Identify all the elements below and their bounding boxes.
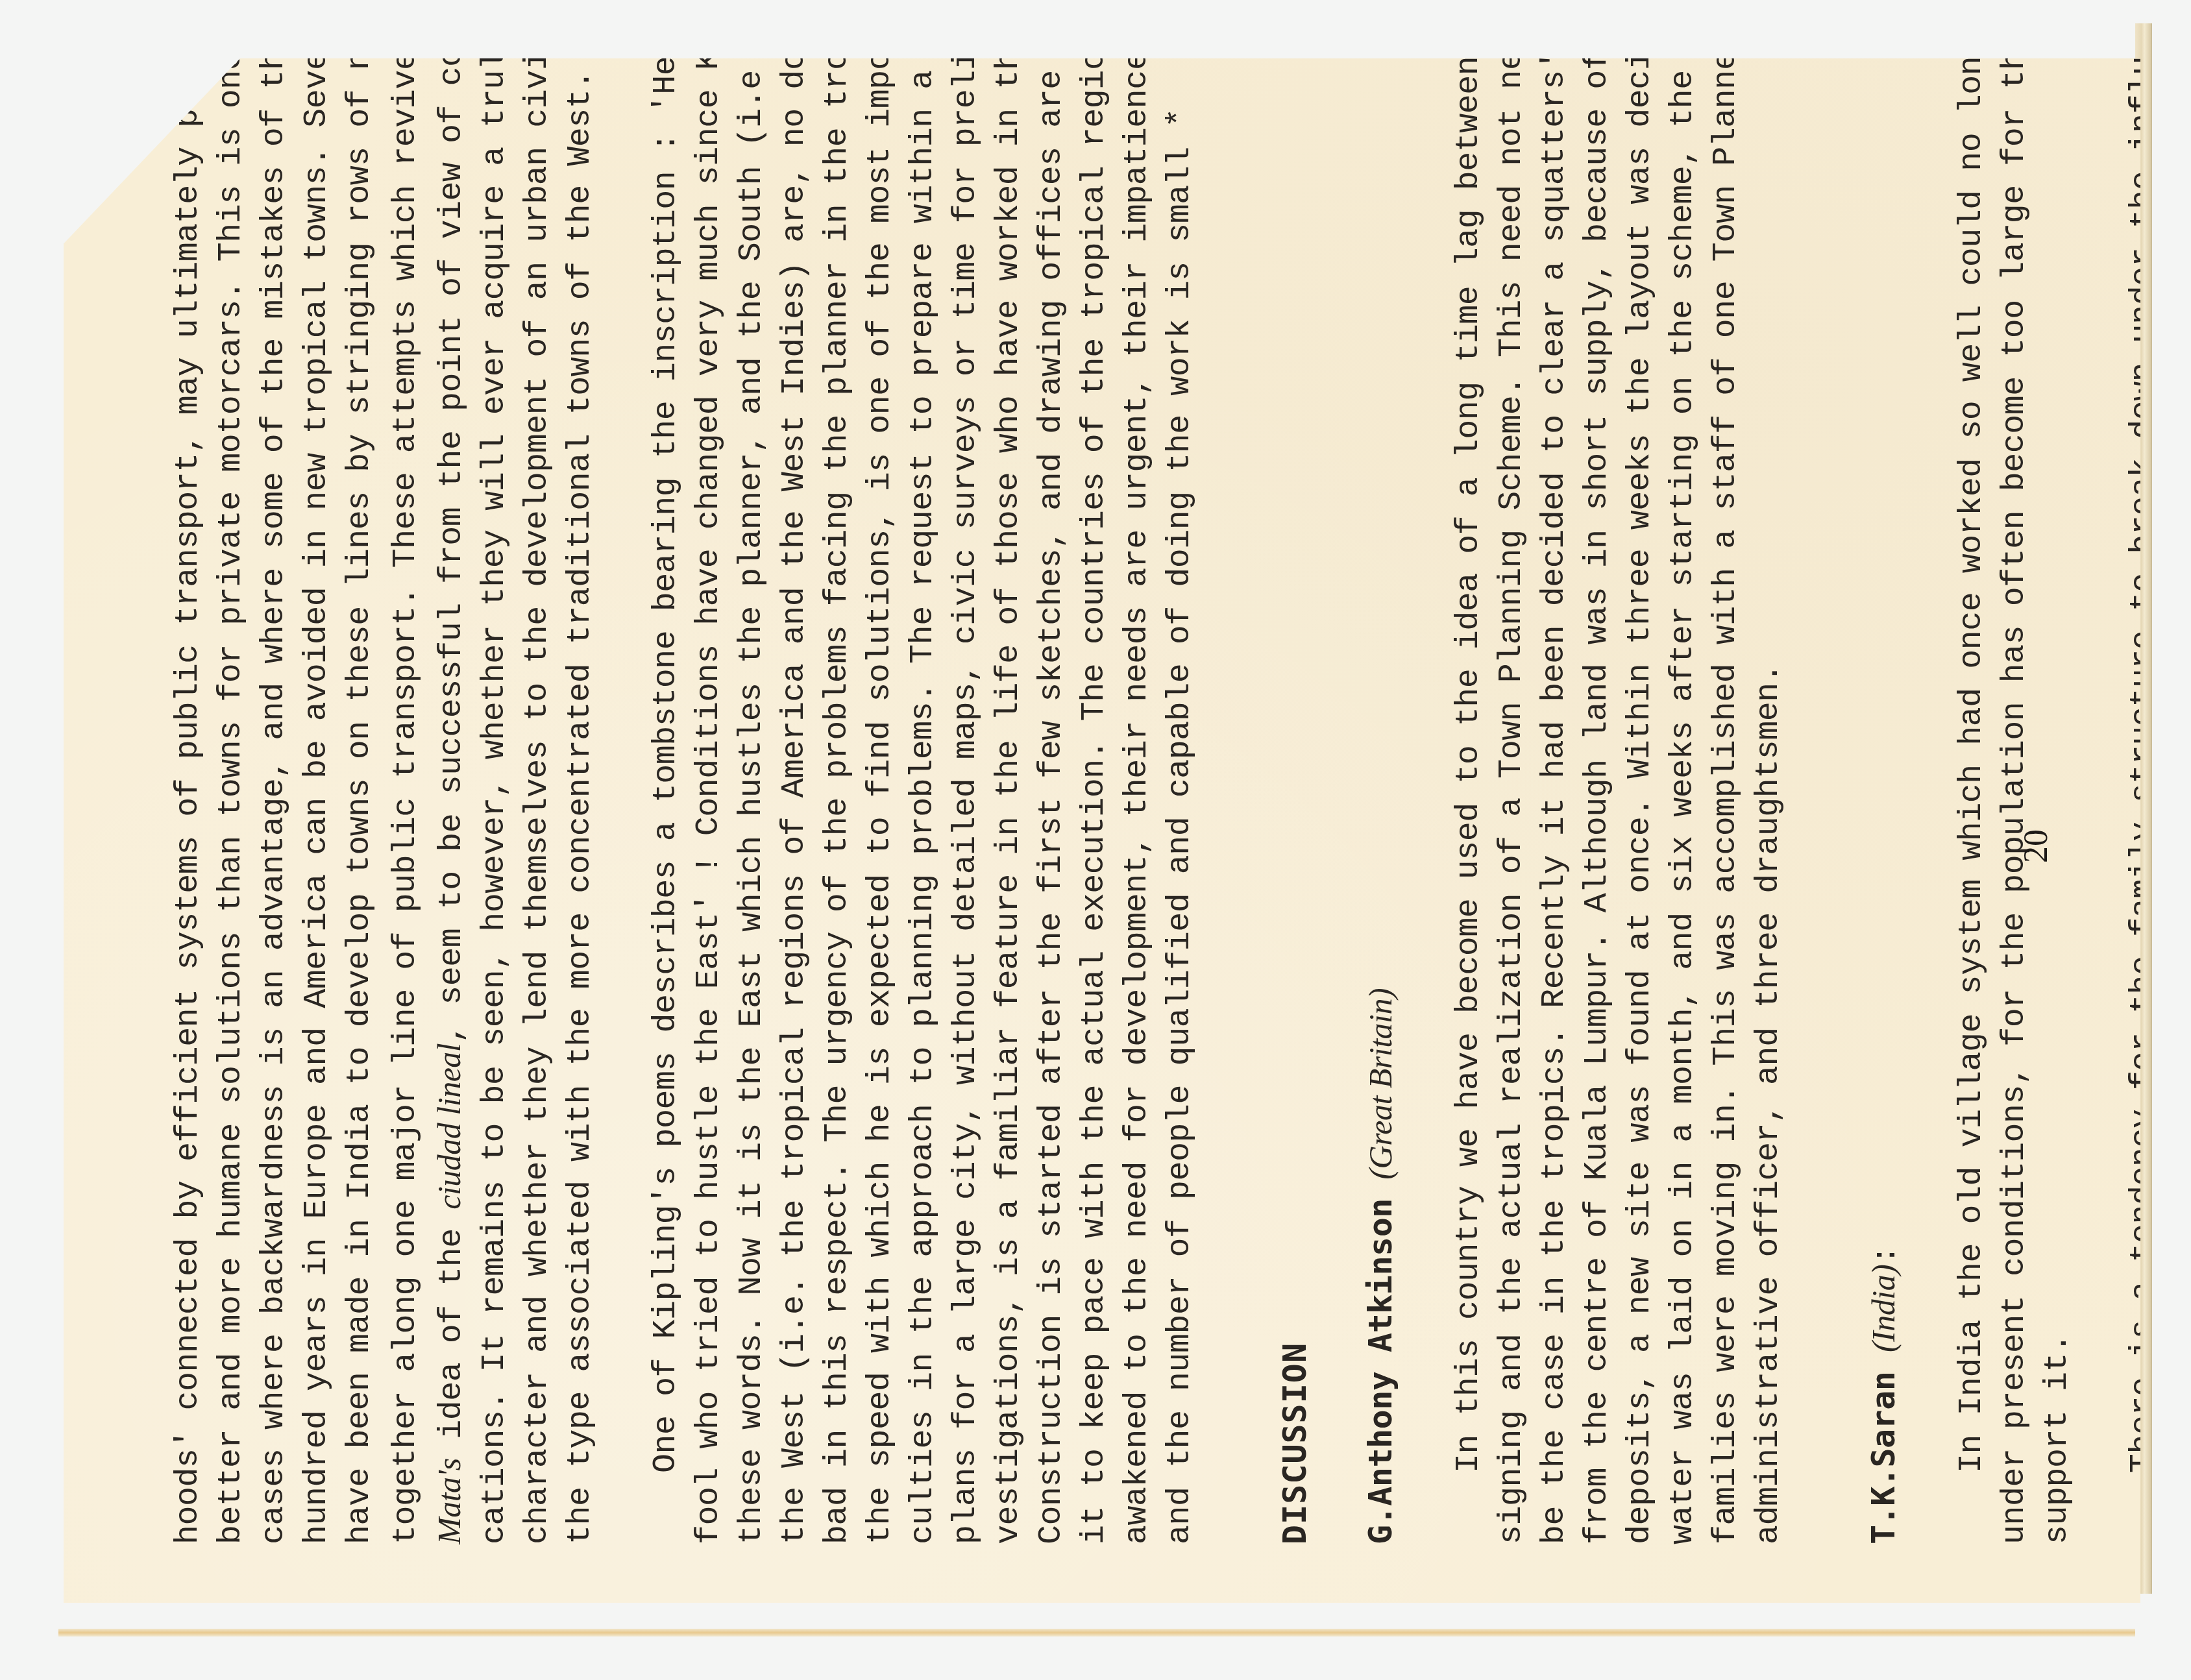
text-line: from the centre of Kuala Lumpur. Althoug… [1576, 117, 1619, 1544]
text-line: deposits, a new site was found at once. … [1619, 117, 1662, 1544]
text-line: Mata's idea of the ciudad lineal, seem t… [428, 117, 474, 1544]
text-line: and the number of people qualified and c… [1159, 117, 1202, 1544]
text-line: administrative officer, and three draugh… [1748, 117, 1791, 1544]
text-line: be the case in the tropics. Recently it … [1534, 117, 1576, 1544]
text-line: signing and the actual realization of a … [1491, 117, 1534, 1544]
text-line: cases where backwardness is an advantage… [253, 117, 296, 1544]
text-line: One of Kipling's poems describes a tombs… [645, 117, 688, 1544]
page-content: hoods' connected by efficient systems of… [167, 117, 2191, 1544]
text-line: vestigations, is a familiar feature in t… [988, 117, 1031, 1544]
text-line: plans for a large city, without detailed… [945, 117, 988, 1544]
text-line: families were moving in. This was accomp… [1705, 117, 1748, 1544]
text-line: water was laid on in a month, and six we… [1662, 117, 1705, 1544]
page-number: 20 [2017, 829, 2055, 863]
speaker-country: (Great Britain) [1362, 988, 1399, 1180]
text-line: have been made in India to develop towns… [339, 117, 382, 1544]
speaker-atkinson: G.Anthony Atkinson (Great Britain) [1359, 117, 1405, 1544]
speaker-country: (India) [1865, 1265, 1902, 1352]
paragraph-kipling: One of Kipling's poems describes a tombs… [645, 117, 1202, 1544]
text-line: it to keep pace with the actual executio… [1073, 117, 1116, 1544]
text-line: fool who tried to hustle the East' ! Con… [688, 117, 731, 1544]
text-line: In this country we have become used to t… [1448, 117, 1491, 1544]
text-line: In India the old village system which ha… [1951, 117, 1994, 1544]
discussion-heading: DISCUSSION [1273, 117, 1316, 1544]
document-page: hoods' connected by efficient systems of… [64, 58, 2140, 1603]
text-line: hoods' connected by efficient systems of… [167, 117, 210, 1544]
text-line: cations. It remains to be seen, however,… [474, 117, 517, 1544]
speaker-name: T.K.Saran [1865, 1372, 1902, 1544]
text-line: the speed with which he is expected to f… [859, 117, 902, 1544]
speaker-saran: T.K.Saran (India): [1862, 117, 1908, 1544]
page-bottom-edge [58, 1629, 2135, 1637]
text-line: character and whether they lend themselv… [517, 117, 559, 1544]
paragraph-atkinson: In this country we have become used to t… [1448, 117, 1791, 1544]
paragraph-neighbourhoods: hoods' connected by efficient systems of… [167, 117, 602, 1544]
paragraph-saran: In India the old village system which ha… [1951, 117, 2079, 1544]
text-line: the type associated with the more concen… [559, 117, 602, 1544]
text-line: Construction is started after the first … [1031, 117, 1073, 1544]
text-line: hundred years in Europe and America can … [296, 117, 339, 1544]
document-page-rotated: hoods' connected by efficient systems of… [64, 58, 2140, 1603]
text-line: together along one major line of public … [382, 117, 428, 1544]
text-line: bad in this respect. The urgency of the … [816, 117, 859, 1544]
text-line: awakened to the need for development, th… [1116, 117, 1159, 1544]
text-line: culties in the approach to planning prob… [902, 117, 945, 1544]
text-line: better and more humane solutions than to… [210, 117, 253, 1544]
speaker-name: G.Anthony Atkinson [1362, 1199, 1399, 1544]
text-line: these words. Now it is the East which hu… [731, 117, 774, 1544]
text-line: the West (i.e. the tropical regions of A… [774, 117, 816, 1544]
speaker-colon: : [1868, 1245, 1905, 1265]
